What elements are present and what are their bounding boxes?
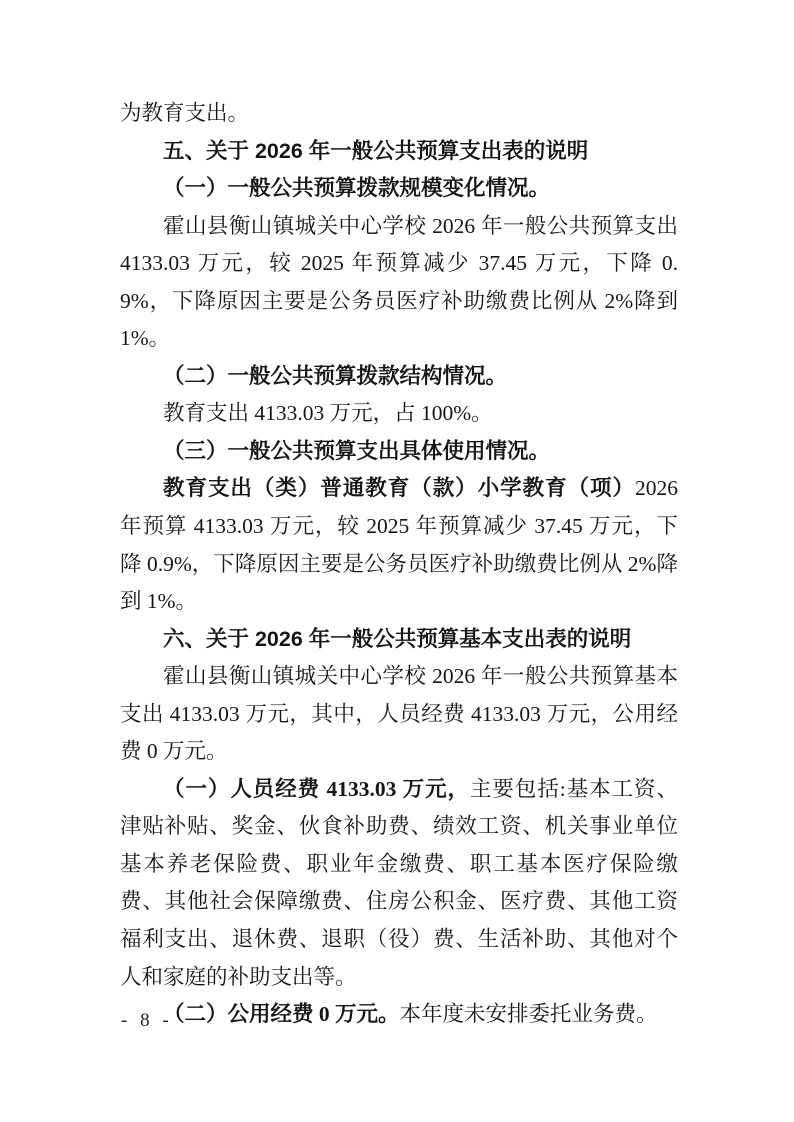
heading-5-3-segment-0: （三）一般公共预算支出具体使用情况。: [163, 439, 550, 463]
para-5-3: 教育支出（类）普通教育（款）小学教育（项）2026 年预算 4133.03 万元…: [120, 470, 678, 620]
heading-section-6: 六、关于 2026 年一般公共预算基本支出表的说明: [120, 621, 678, 659]
para-intro-continuation: 为教育支出。: [120, 95, 678, 133]
para-intro-continuation-segment-0: 为教育支出。: [120, 101, 249, 125]
heading-section-6-segment-0: 六、关于 2026 年一般公共预算基本支出表的说明: [163, 627, 631, 651]
heading-5-2: （二）一般公共预算拨款结构情况。: [120, 358, 678, 396]
para-5-1-segment-0: 霍山县衡山镇城关中心学校 2026 年一般公共预算支出 4133.03 万元，较…: [120, 214, 678, 351]
page-footer: - 8 -: [121, 1010, 173, 1032]
heading-5-3: （三）一般公共预算支出具体使用情况。: [120, 433, 678, 471]
heading-section-5: 五、关于 2026 年一般公共预算支出表的说明: [120, 133, 678, 171]
para-6-1: （一）人员经费 4133.03 万元，主要包括:基本工资、津贴补贴、奖金、伙食补…: [120, 771, 678, 996]
para-5-2-segment-0: 教育支出 4133.03 万元，占 100%。: [163, 401, 493, 425]
para-5-2: 教育支出 4133.03 万元，占 100%。: [120, 395, 678, 433]
heading-5-1: （一）一般公共预算拨款规模变化情况。: [120, 170, 678, 208]
para-5-3-segment-0: 教育支出（类）普通教育（款）小学教育（项）: [163, 476, 635, 500]
para-6-1-segment-0: （一）人员经费 4133.03 万元，: [163, 777, 470, 801]
heading-section-5-segment-0: 五、关于 2026 年一般公共预算支出表的说明: [163, 139, 588, 163]
para-6-2: （二）公用经费 0 万元。本年度未安排委托业务费。: [120, 996, 678, 1034]
document-page: 为教育支出。五、关于 2026 年一般公共预算支出表的说明（一）一般公共预算拨款…: [0, 0, 794, 1122]
para-6-intro: 霍山县衡山镇城关中心学校 2026 年一般公共预算基本支出 4133.03 万元…: [120, 658, 678, 771]
heading-5-2-segment-0: （二）一般公共预算拨款结构情况。: [163, 364, 507, 388]
heading-5-1-segment-0: （一）一般公共预算拨款规模变化情况。: [163, 176, 550, 200]
para-6-intro-segment-0: 霍山县衡山镇城关中心学校 2026 年一般公共预算基本支出 4133.03 万元…: [120, 664, 678, 763]
para-6-2-segment-1: 本年度未安排委托业务费。: [400, 1002, 658, 1026]
page-number: - 8 -: [121, 1010, 173, 1031]
para-6-1-segment-1: 主要包括:基本工资、津贴补贴、奖金、伙食补助费、绩效工资、机关事业单位基本养老保…: [120, 777, 678, 989]
para-5-1: 霍山县衡山镇城关中心学校 2026 年一般公共预算支出 4133.03 万元，较…: [120, 208, 678, 358]
document-body: 为教育支出。五、关于 2026 年一般公共预算支出表的说明（一）一般公共预算拨款…: [120, 95, 678, 1034]
para-6-2-segment-0: （二）公用经费 0 万元。: [163, 1002, 400, 1026]
